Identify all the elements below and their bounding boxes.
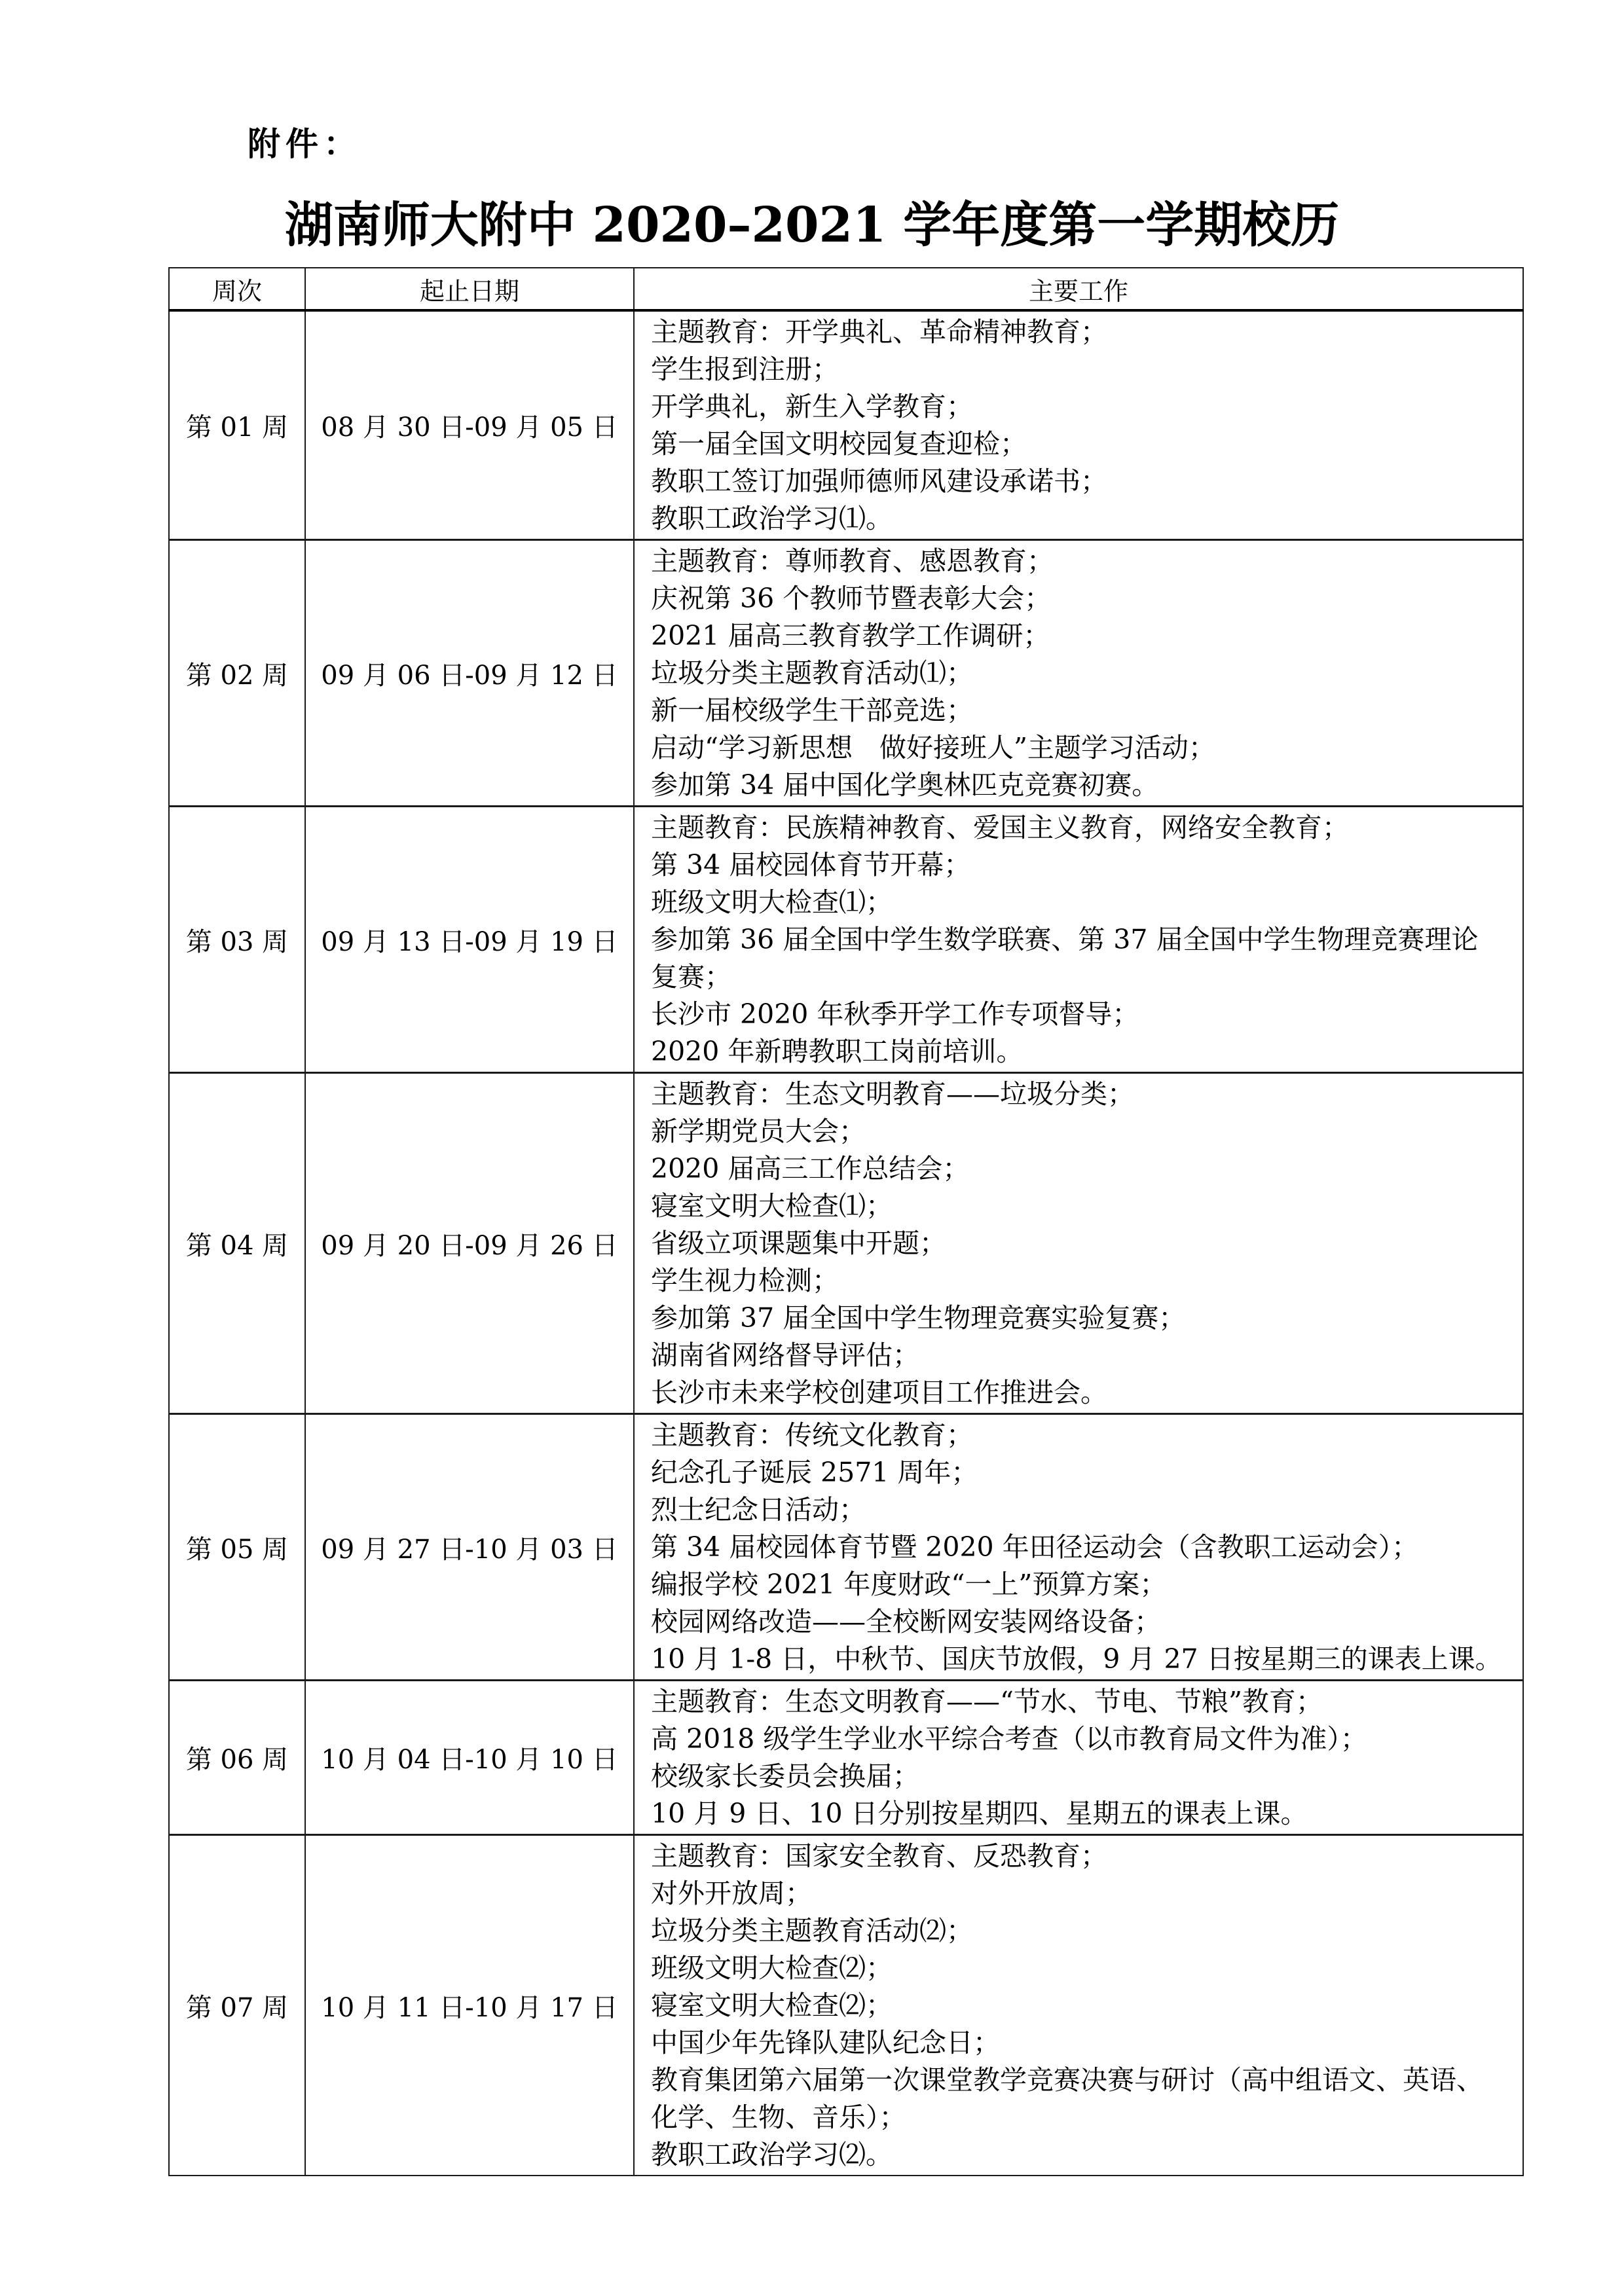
work-item: 长沙市 2020 年秋季开学工作专项督导； (651, 996, 1519, 1033)
work-item: 湖南省网络督导评估； (651, 1337, 1519, 1374)
work-item: 参加第 36 届全国中学生数学联赛、第 37 届全国中学生物理竞赛理论 (651, 921, 1519, 958)
work-item: 学生报到注册； (651, 351, 1519, 388)
work-item: 长沙市未来学校创建项目工作推进会。 (651, 1374, 1519, 1412)
work-item: 主题教育：生态文明教育——垃圾分类； (651, 1076, 1519, 1113)
main-work-cell: 主题教育：开学典礼、革命精神教育；学生报到注册；开学典礼，新生入学教育；第一届全… (634, 310, 1523, 540)
work-item: 教职工政治学习⑴。 (651, 500, 1519, 538)
date-range-cell: 09 月 06 日-09 月 12 日 (305, 540, 634, 807)
work-item: 纪念孔子诞辰 2571 周年； (651, 1454, 1519, 1491)
date-range-cell: 08 月 30 日-09 月 05 日 (305, 310, 634, 540)
column-header-week: 周次 (169, 268, 305, 310)
work-item: 编报学校 2021 年度财政“一上”预算方案； (651, 1566, 1519, 1603)
week-cell: 第 06 周 (169, 1681, 305, 1835)
week-cell: 第 03 周 (169, 807, 305, 1073)
work-item: 2020 年新聘教职工岗前培训。 (651, 1033, 1519, 1070)
table-header-row: 周次 起止日期 主要工作 (169, 268, 1523, 310)
work-item: 第 34 届校园体育节开幕； (651, 847, 1519, 884)
work-item: 校园网络改造——全校断网安装网络设备； (651, 1603, 1519, 1641)
main-work-cell: 主题教育：民族精神教育、爱国主义教育，网络安全教育；第 34 届校园体育节开幕；… (634, 807, 1523, 1073)
work-item: 教育集团第六届第一次课堂教学竞赛决赛与研讨（高中组语文、英语、 (651, 2062, 1519, 2099)
work-item: 参加第 34 届中国化学奥林匹克竞赛初赛。 (651, 767, 1519, 804)
week-cell: 第 02 周 (169, 540, 305, 807)
main-work-cell: 主题教育：生态文明教育——垃圾分类；新学期党员大会；2020 届高三工作总结会；… (634, 1073, 1523, 1414)
work-item: 开学典礼，新生入学教育； (651, 388, 1519, 426)
work-item: 主题教育：民族精神教育、爱国主义教育，网络安全教育； (651, 809, 1519, 847)
main-work-cell: 主题教育：国家安全教育、反恐教育；对外开放周；垃圾分类主题教育活动⑵；班级文明大… (634, 1835, 1523, 2176)
week-cell: 第 04 周 (169, 1073, 305, 1414)
work-item: 垃圾分类主题教育活动⑵； (651, 1912, 1519, 1950)
work-item: 2020 届高三工作总结会； (651, 1150, 1519, 1188)
work-item: 启动“学习新思想 做好接班人”主题学习活动； (651, 729, 1519, 767)
column-header-dates: 起止日期 (305, 268, 634, 310)
work-item: 中国少年先锋队建队纪念日； (651, 2024, 1519, 2062)
date-range-cell: 09 月 20 日-09 月 26 日 (305, 1073, 634, 1414)
work-item: 烈士纪念日活动； (651, 1491, 1519, 1529)
table-row: 第 06 周10 月 04 日-10 月 10 日主题教育：生态文明教育——“节… (169, 1681, 1523, 1835)
work-item: 校级家长委员会换届； (651, 1758, 1519, 1795)
table-row: 第 02 周09 月 06 日-09 月 12 日主题教育：尊师教育、感恩教育；… (169, 540, 1523, 807)
table-row: 第 04 周09 月 20 日-09 月 26 日主题教育：生态文明教育——垃圾… (169, 1073, 1523, 1414)
page-title: 湖南师大附中 2020–2021 学年度第一学期校历 (0, 194, 1624, 257)
work-item: 班级文明大检查⑵； (651, 1950, 1519, 1987)
work-item: 化学、生物、音乐）； (651, 2099, 1519, 2136)
work-item: 主题教育：国家安全教育、反恐教育； (651, 1838, 1519, 1875)
work-item: 高 2018 级学生学业水平综合考查（以市教育局文件为准）； (651, 1721, 1519, 1758)
table-row: 第 03 周09 月 13 日-09 月 19 日主题教育：民族精神教育、爱国主… (169, 807, 1523, 1073)
work-item: 教职工签订加强师德师风建设承诺书； (651, 463, 1519, 500)
work-item: 主题教育：生态文明教育——“节水、节电、节粮”教育； (651, 1683, 1519, 1721)
table-row: 第 07 周10 月 11 日-10 月 17 日主题教育：国家安全教育、反恐教… (169, 1835, 1523, 2176)
work-item: 10 月 1-8 日，中秋节、国庆节放假，9 月 27 日按星期三的课表上课。 (651, 1641, 1519, 1678)
work-item: 10 月 9 日、10 日分别按星期四、星期五的课表上课。 (651, 1795, 1519, 1832)
work-item: 主题教育：传统文化教育； (651, 1417, 1519, 1454)
work-item: 主题教育：尊师教育、感恩教育； (651, 543, 1519, 580)
main-work-cell: 主题教育：尊师教育、感恩教育；庆祝第 36 个教师节暨表彰大会；2021 届高三… (634, 540, 1523, 807)
table-row: 第 01 周08 月 30 日-09 月 05 日主题教育：开学典礼、革命精神教… (169, 310, 1523, 540)
week-cell: 第 01 周 (169, 310, 305, 540)
table-body: 第 01 周08 月 30 日-09 月 05 日主题教育：开学典礼、革命精神教… (169, 310, 1523, 2176)
work-item: 复赛； (651, 958, 1519, 996)
work-item: 垃圾分类主题教育活动⑴； (651, 655, 1519, 692)
work-item: 新学期党员大会； (651, 1113, 1519, 1150)
work-item: 教职工政治学习⑵。 (651, 2136, 1519, 2174)
date-range-cell: 10 月 11 日-10 月 17 日 (305, 1835, 634, 2176)
main-work-cell: 主题教育：生态文明教育——“节水、节电、节粮”教育；高 2018 级学生学业水平… (634, 1681, 1523, 1835)
work-item: 寝室文明大检查⑴； (651, 1188, 1519, 1225)
date-range-cell: 09 月 13 日-09 月 19 日 (305, 807, 634, 1073)
date-range-cell: 10 月 04 日-10 月 10 日 (305, 1681, 634, 1835)
school-calendar-table: 周次 起止日期 主要工作 第 01 周08 月 30 日-09 月 05 日主题… (168, 267, 1524, 2176)
week-cell: 第 07 周 (169, 1835, 305, 2176)
week-cell: 第 05 周 (169, 1414, 305, 1681)
main-work-cell: 主题教育：传统文化教育；纪念孔子诞辰 2571 周年；烈士纪念日活动；第 34 … (634, 1414, 1523, 1681)
work-item: 第一届全国文明校园复查迎检； (651, 426, 1519, 463)
work-item: 学生视力检测； (651, 1262, 1519, 1300)
column-header-work: 主要工作 (634, 268, 1523, 310)
attachment-label: 附件： (248, 118, 361, 165)
work-item: 主题教育：开学典礼、革命精神教育； (651, 314, 1519, 351)
work-item: 2021 届高三教育教学工作调研； (651, 617, 1519, 655)
work-item: 参加第 37 届全国中学生物理竞赛实验复赛； (651, 1300, 1519, 1337)
table-row: 第 05 周09 月 27 日-10 月 03 日主题教育：传统文化教育；纪念孔… (169, 1414, 1523, 1681)
work-item: 省级立项课题集中开题； (651, 1225, 1519, 1262)
work-item: 寝室文明大检查⑵； (651, 1987, 1519, 2024)
work-item: 第 34 届校园体育节暨 2020 年田径运动会（含教职工运动会）； (651, 1529, 1519, 1566)
work-item: 庆祝第 36 个教师节暨表彰大会； (651, 580, 1519, 617)
work-item: 对外开放周； (651, 1875, 1519, 1912)
date-range-cell: 09 月 27 日-10 月 03 日 (305, 1414, 634, 1681)
work-item: 班级文明大检查⑴； (651, 884, 1519, 921)
work-item: 新一届校级学生干部竞选； (651, 692, 1519, 729)
